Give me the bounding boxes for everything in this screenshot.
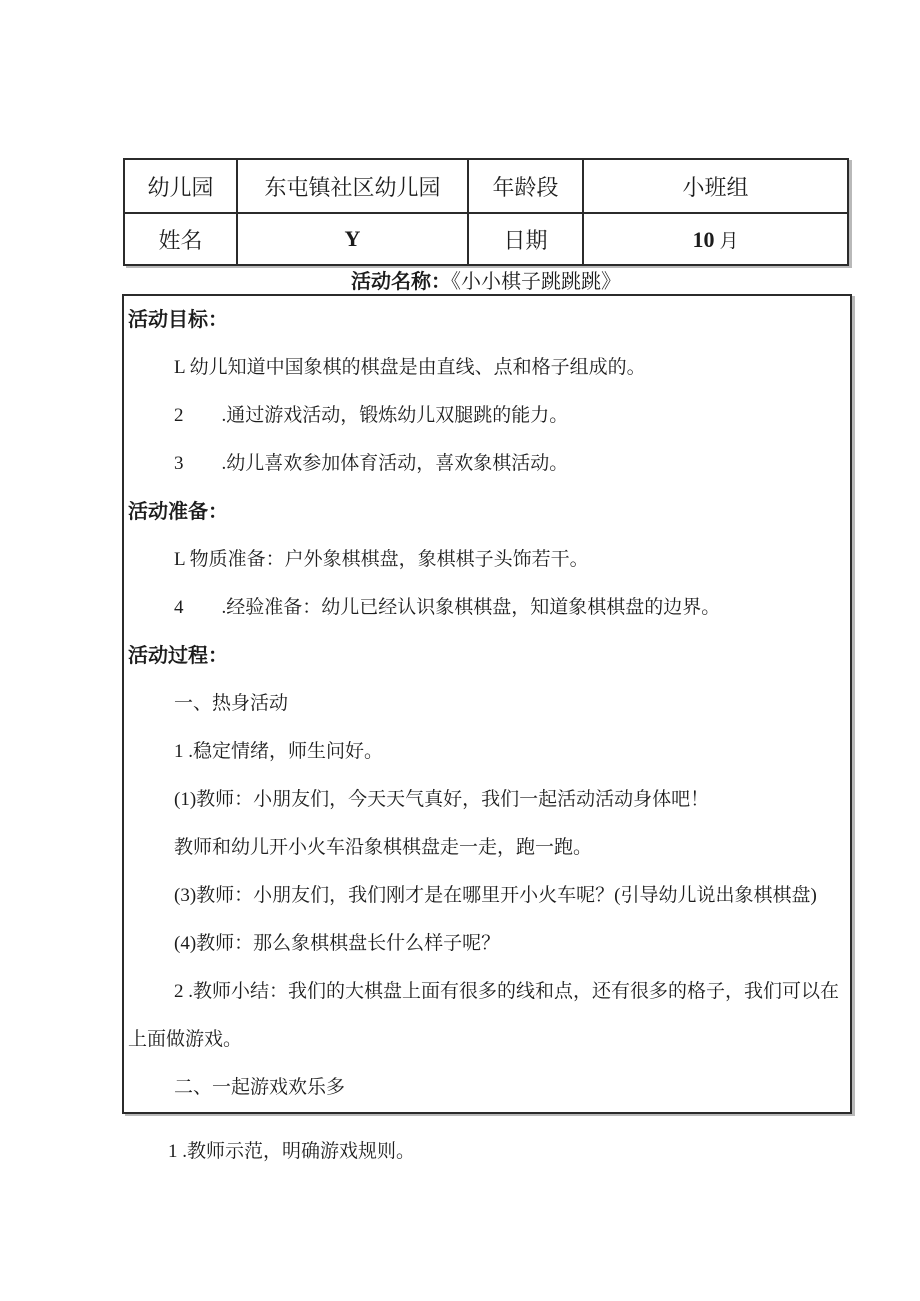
document-page: 幼儿园 东屯镇社区幼儿园 年龄段 小班组 姓名 Y 日期 10月 活动名称：《小… — [0, 0, 920, 1301]
date-label: 日期 — [468, 213, 583, 265]
process-summary: 2 .教师小结：我们的大棋盘上面有很多的线和点，还有很多的格子，我们可以在 上面… — [128, 968, 846, 1064]
goals-heading: 活动目标： — [128, 296, 846, 344]
activity-title: 活动名称：《小小棋子跳跳跳》 — [123, 270, 849, 295]
date-month-number: 10 — [692, 227, 714, 252]
process-step-warmup: 一、热身活动 — [128, 680, 846, 728]
activity-title-label: 活动名称： — [351, 271, 451, 293]
name-label: 姓名 — [124, 213, 237, 265]
kindergarten-label: 幼儿园 — [124, 159, 237, 213]
lesson-plan-box: 活动目标： L 幼儿知道中国象棋的棋盘是由直线、点和格子组成的。 2 .通过游戏… — [122, 294, 852, 1114]
date-value: 10月 — [583, 213, 848, 265]
info-table: 幼儿园 东屯镇社区幼儿园 年龄段 小班组 姓名 Y 日期 10月 — [123, 158, 849, 266]
name-value: Y — [237, 213, 468, 265]
date-month-unit: 月 — [719, 231, 738, 252]
table-row: 姓名 Y 日期 10月 — [124, 213, 848, 265]
preparation-heading: 活动准备： — [128, 488, 846, 536]
age-group-value: 小班组 — [583, 159, 848, 213]
process-teacher-line-3: (3)教师：小朋友们，我们刚才是在哪里开小火车呢？(引导幼儿说出象棋棋盘) — [128, 872, 846, 920]
table-row: 幼儿园 东屯镇社区幼儿园 年龄段 小班组 — [124, 159, 848, 213]
process-heading: 活动过程： — [128, 632, 846, 680]
process-teacher-line-4: (4)教师：那么象棋棋盘长什么样子呢？ — [128, 920, 846, 968]
goal-item-2: 2 .通过游戏活动，锻炼幼儿双腿跳的能力。 — [128, 392, 846, 440]
process-note-train: 教师和幼儿开小火车沿象棋棋盘走一走，跑一跑。 — [128, 824, 846, 872]
preparation-item-1: L 物质准备：户外象棋棋盘，象棋棋子头饰若干。 — [128, 536, 846, 584]
process-step-games: 二、一起游戏欢乐多 — [128, 1064, 846, 1112]
process-teacher-line-1: (1)教师：小朋友们，今天天气真好，我们一起活动活动身体吧！ — [128, 776, 846, 824]
process-step-1: 1 .稳定情绪，师生问好。 — [128, 728, 846, 776]
kindergarten-value: 东屯镇社区幼儿园 — [237, 159, 468, 213]
goal-item-3: 3 .幼儿喜欢参加体育活动，喜欢象棋活动。 — [128, 440, 846, 488]
preparation-item-2: 4 .经验准备：幼儿已经认识象棋棋盘，知道象棋棋盘的边界。 — [128, 584, 846, 632]
after-box-paragraph: 1 .教师示范，明确游戏规则。 — [122, 1128, 852, 1176]
activity-title-value: 《小小棋子跳跳跳》 — [451, 271, 621, 293]
age-group-label: 年龄段 — [468, 159, 583, 213]
goal-item-1: L 幼儿知道中国象棋的棋盘是由直线、点和格子组成的。 — [128, 344, 846, 392]
